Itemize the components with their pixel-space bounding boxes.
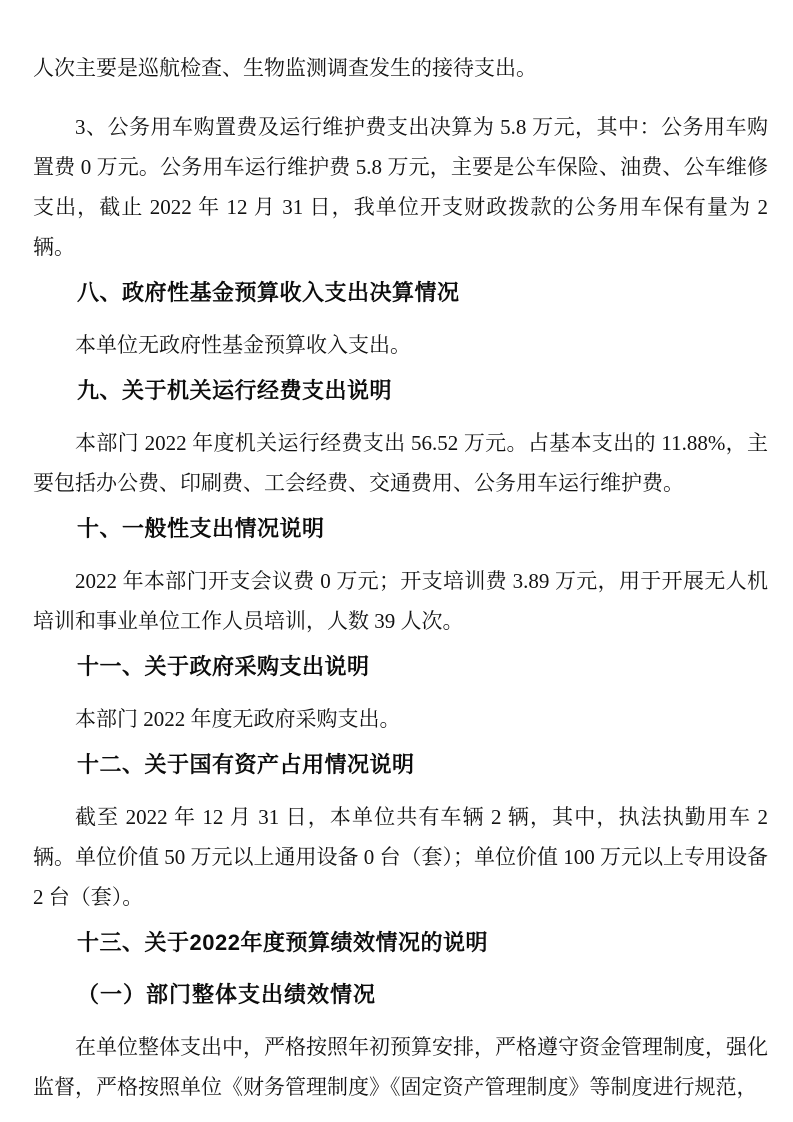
heading-section-9-operating-expense: 九、关于机关运行经费支出说明	[33, 371, 768, 411]
heading-section-11-procurement: 十一、关于政府采购支出说明	[33, 647, 768, 687]
paragraph-no-government-fund: 本单位无政府性基金预算收入支出。	[33, 325, 768, 365]
paragraph-reception-expense-continuation: 人次主要是巡航检查、生物监测调查发生的接待支出。	[33, 48, 768, 88]
heading-section-12-state-assets: 十二、关于国有资产占用情况说明	[33, 745, 768, 785]
heading-subsection-1-overall-performance: （一）部门整体支出绩效情况	[33, 975, 768, 1015]
paragraph-no-procurement: 本部门 2022 年度无政府采购支出。	[33, 699, 768, 739]
heading-section-8-government-fund: 八、政府性基金预算收入支出决算情况	[33, 273, 768, 313]
paragraph-operating-expense-detail: 本部门 2022 年度机关运行经费支出 56.52 万元。占基本支出的 11.8…	[33, 423, 768, 503]
document-page: 人次主要是巡航检查、生物监测调查发生的接待支出。 3、公务用车购置费及运行维护费…	[0, 0, 793, 1122]
heading-section-13-budget-performance: 十三、关于2022年度预算绩效情况的说明	[33, 923, 768, 963]
paragraph-official-vehicle-expense: 3、公务用车购置费及运行维护费支出决算为 5.8 万元，其中：公务用车购置费 0…	[33, 107, 768, 267]
heading-section-10-general-expense: 十、一般性支出情况说明	[33, 509, 768, 549]
paragraph-state-assets-detail: 截至 2022 年 12 月 31 日，本单位共有车辆 2 辆，其中，执法执勤用…	[33, 797, 768, 917]
paragraph-meeting-training-expense: 2022 年本部门开支会议费 0 万元；开支培训费 3.89 万元，用于开展无人…	[33, 561, 768, 641]
paragraph-overall-performance-detail: 在单位整体支出中，严格按照年初预算安排，严格遵守资金管理制度，强化监督，严格按照…	[33, 1027, 768, 1107]
